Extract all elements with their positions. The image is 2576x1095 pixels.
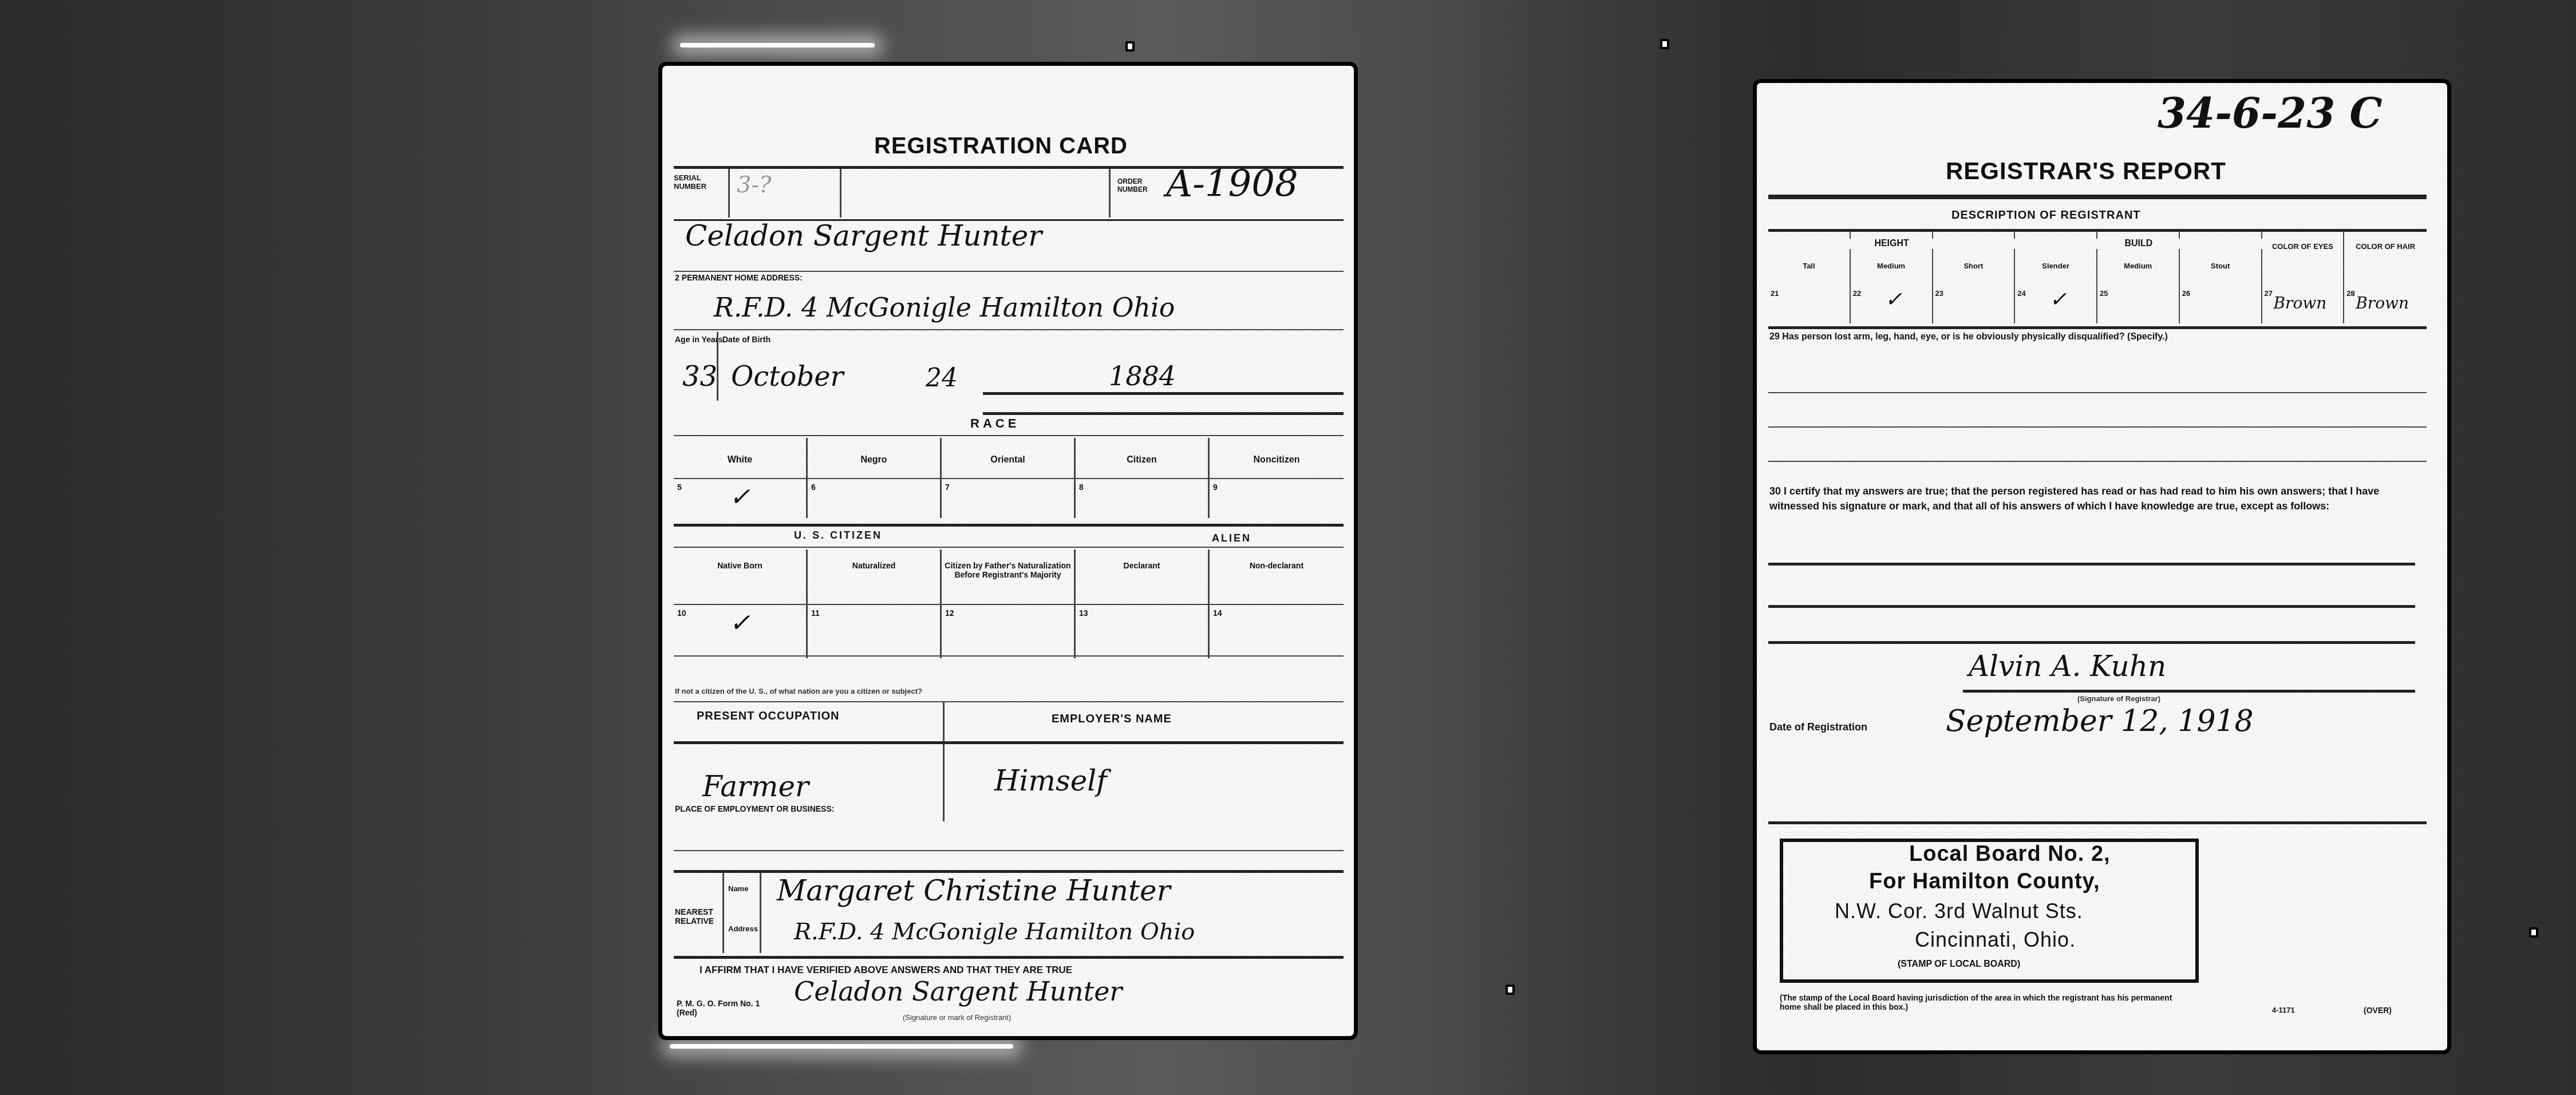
report-title: REGISTRAR'S REPORT — [1946, 157, 2226, 185]
column-label: Citizen — [1076, 438, 1208, 465]
column-label: Non-declarant — [1210, 550, 1344, 570]
employer-header: EMPLOYER'S NAME — [1052, 713, 1172, 726]
age-label: Age in Years — [675, 335, 723, 344]
table-cell: Native Born10✓ — [674, 550, 808, 658]
dust-speck — [1506, 985, 1515, 995]
light-glare-top — [680, 43, 875, 48]
table-cell: Negro6 — [808, 438, 942, 518]
description-value: ✓ — [1885, 288, 1902, 311]
dust-speck — [1660, 39, 1669, 49]
description-header: DESCRIPTION OF REGISTRANT — [1951, 209, 2141, 222]
relative-address: R.F.D. 4 McGonigle Hamilton Ohio — [794, 919, 1195, 945]
date-of-registration: September 12, 1918 — [1946, 704, 2254, 738]
field-number: 10 — [677, 608, 686, 618]
affirmation-text: I AFFIRM THAT I HAVE VERIFIED ABOVE ANSW… — [700, 964, 1072, 976]
column-label: COLOR OF HAIR — [2344, 232, 2427, 251]
column-label: Slender — [2015, 232, 2096, 270]
description-cell: COLOR OF EYES27Brown — [2262, 232, 2345, 323]
date-of-registration-label: Date of Registration — [1769, 721, 1867, 733]
registrant-signature: Celadon Sargent Hunter — [794, 976, 1122, 1007]
registrant-name: Celadon Sargent Hunter — [685, 219, 1042, 252]
race-header: RACE — [970, 416, 1020, 431]
serial-label: SERIAL NUMBER — [674, 173, 725, 191]
registrar-signature-label: (Signature of Registrar) — [2077, 694, 2160, 703]
table-cell: Non-declarant14 — [1210, 550, 1344, 658]
order-number: A-1908 — [1166, 163, 1298, 205]
field-number: 14 — [1213, 608, 1222, 618]
field-number: 22 — [1853, 289, 1861, 298]
field-number: 5 — [677, 483, 682, 492]
form-code: P. M. G. O. Form No. 1 (Red) — [677, 999, 768, 1017]
check-mark: ✓ — [729, 483, 750, 512]
stamp-caption: (STAMP OF LOCAL BOARD) — [1898, 959, 2020, 970]
registration-card: REGISTRATION CARD SERIAL NUMBER 3-? ORDE… — [658, 62, 1358, 1040]
column-label: Stout — [2180, 232, 2261, 270]
employer-value: Himself — [994, 764, 1107, 797]
over-label: (OVER) — [2364, 1006, 2392, 1015]
dust-speck — [1125, 41, 1135, 52]
question-30: 30 I certify that my answers are true; t… — [1769, 484, 2416, 513]
dust-speck — [2529, 927, 2538, 938]
light-glare-bottom — [670, 1044, 1013, 1049]
not-citizen-question: If not a citizen of the U. S., of what n… — [675, 687, 922, 695]
column-label: Negro — [808, 438, 940, 465]
column-label: Oriental — [942, 438, 1074, 465]
home-address: R.F.D. 4 McGonigle Hamilton Ohio — [714, 292, 1175, 323]
table-cell: Citizen8 — [1076, 438, 1210, 518]
registrar-signature: Alvin A. Kuhn — [1969, 650, 2166, 683]
card-title: REGISTRATION CARD — [874, 133, 1128, 159]
dob-label: Date of Birth — [722, 335, 771, 344]
stamp-line-1: Local Board No. 2, — [1909, 842, 2111, 867]
race-table: White5✓Negro6Oriental7Citizen8Noncitizen… — [674, 438, 1344, 518]
occupation-value: Farmer — [702, 770, 809, 803]
column-label: Citizen by Father's Naturalization Befor… — [942, 550, 1074, 579]
column-label: White — [674, 438, 806, 465]
card-code: 34-6-23 C — [2158, 89, 2383, 137]
serial-number: 3-? — [737, 172, 771, 198]
signature-label: (Signature or mark of Registrant) — [903, 1013, 1011, 1022]
table-cell: Noncitizen9 — [1210, 438, 1344, 518]
column-label: Tall — [1768, 232, 1850, 270]
occupation-header: PRESENT OCCUPATION — [697, 710, 840, 723]
column-label: Naturalized — [808, 550, 940, 570]
form-number: 4-1171 — [2272, 1006, 2295, 1014]
field-number: 24 — [2017, 289, 2025, 298]
field-number: 12 — [945, 608, 954, 618]
field-number: 21 — [1771, 289, 1779, 298]
local-board-stamp: Local Board No. 2, For Hamilton County, … — [1780, 839, 2199, 983]
nearest-relative-label: NEAREST RELATIVE — [675, 907, 721, 926]
order-label: ORDER NUMBER — [1117, 177, 1163, 193]
table-cell: White5✓ — [674, 438, 808, 518]
column-label: Medium — [2097, 232, 2179, 270]
field-number: 11 — [811, 608, 820, 618]
field-number: 28 — [2346, 289, 2354, 298]
column-label: Native Born — [674, 550, 806, 570]
build-header: BUILD — [2015, 239, 2262, 249]
citizen-table: Native Born10✓Naturalized11Citizen by Fa… — [674, 550, 1344, 658]
relative-name: Margaret Christine Hunter — [777, 874, 1171, 907]
description-value: ✓ — [2049, 288, 2067, 311]
table-cell: Oriental7 — [942, 438, 1076, 518]
dob-year: 1884 — [1109, 361, 1176, 392]
home-address-label: 2 PERMANENT HOME ADDRESS: — [675, 273, 803, 282]
relative-address-label: Address — [728, 924, 758, 933]
column-label: Medium — [1851, 232, 1932, 270]
question-29: 29 Has person lost arm, leg, hand, eye, … — [1769, 332, 2416, 342]
table-cell: Citizen by Father's Naturalization Befor… — [942, 550, 1076, 658]
field-number: 13 — [1079, 608, 1088, 618]
alien-header: ALIEN — [1212, 532, 1251, 544]
field-number: 23 — [1935, 289, 1943, 298]
stamp-line-2: For Hamilton County, — [1869, 869, 2100, 894]
stamp-note: (The stamp of the Local Board having jur… — [1780, 993, 2192, 1011]
check-mark: ✓ — [729, 608, 750, 638]
height-header: HEIGHT — [1768, 239, 2015, 249]
description-cell: COLOR OF HAIR28Brown — [2344, 232, 2427, 323]
stamp-line-3: N.W. Cor. 3rd Walnut Sts. — [1835, 899, 2083, 923]
column-label: Noncitizen — [1210, 438, 1344, 465]
dob-month: October — [731, 361, 844, 393]
column-label: Declarant — [1076, 550, 1208, 570]
age-value: 33 — [682, 361, 717, 393]
table-cell: Naturalized11 — [808, 550, 942, 658]
field-number: 26 — [2182, 289, 2190, 298]
field-number: 8 — [1079, 483, 1084, 492]
dob-day: 24 — [926, 363, 958, 393]
column-label: COLOR OF EYES — [2262, 232, 2344, 251]
field-number: 7 — [945, 483, 950, 492]
field-number: 9 — [1213, 483, 1218, 492]
table-cell: Declarant13 — [1076, 550, 1210, 658]
field-number: 25 — [2100, 289, 2108, 298]
field-number: 6 — [811, 483, 816, 492]
column-label: Short — [1933, 232, 2014, 270]
description-value: Brown — [2356, 294, 2409, 313]
place-of-employment-label: PLACE OF EMPLOYMENT OR BUSINESS: — [675, 804, 834, 813]
stamp-line-4: Cincinnati, Ohio. — [1915, 928, 2076, 952]
description-value: Brown — [2274, 294, 2327, 313]
citizen-header: U. S. CITIZEN — [794, 529, 882, 541]
registrars-report-card: 34-6-23 C REGISTRAR'S REPORT DESCRIPTION… — [1753, 79, 2451, 1054]
relative-name-label: Name — [728, 884, 748, 893]
description-table: Tall21Medium22✓Short23Slender24✓Medium25… — [1768, 232, 2427, 323]
field-number: 27 — [2265, 289, 2273, 298]
